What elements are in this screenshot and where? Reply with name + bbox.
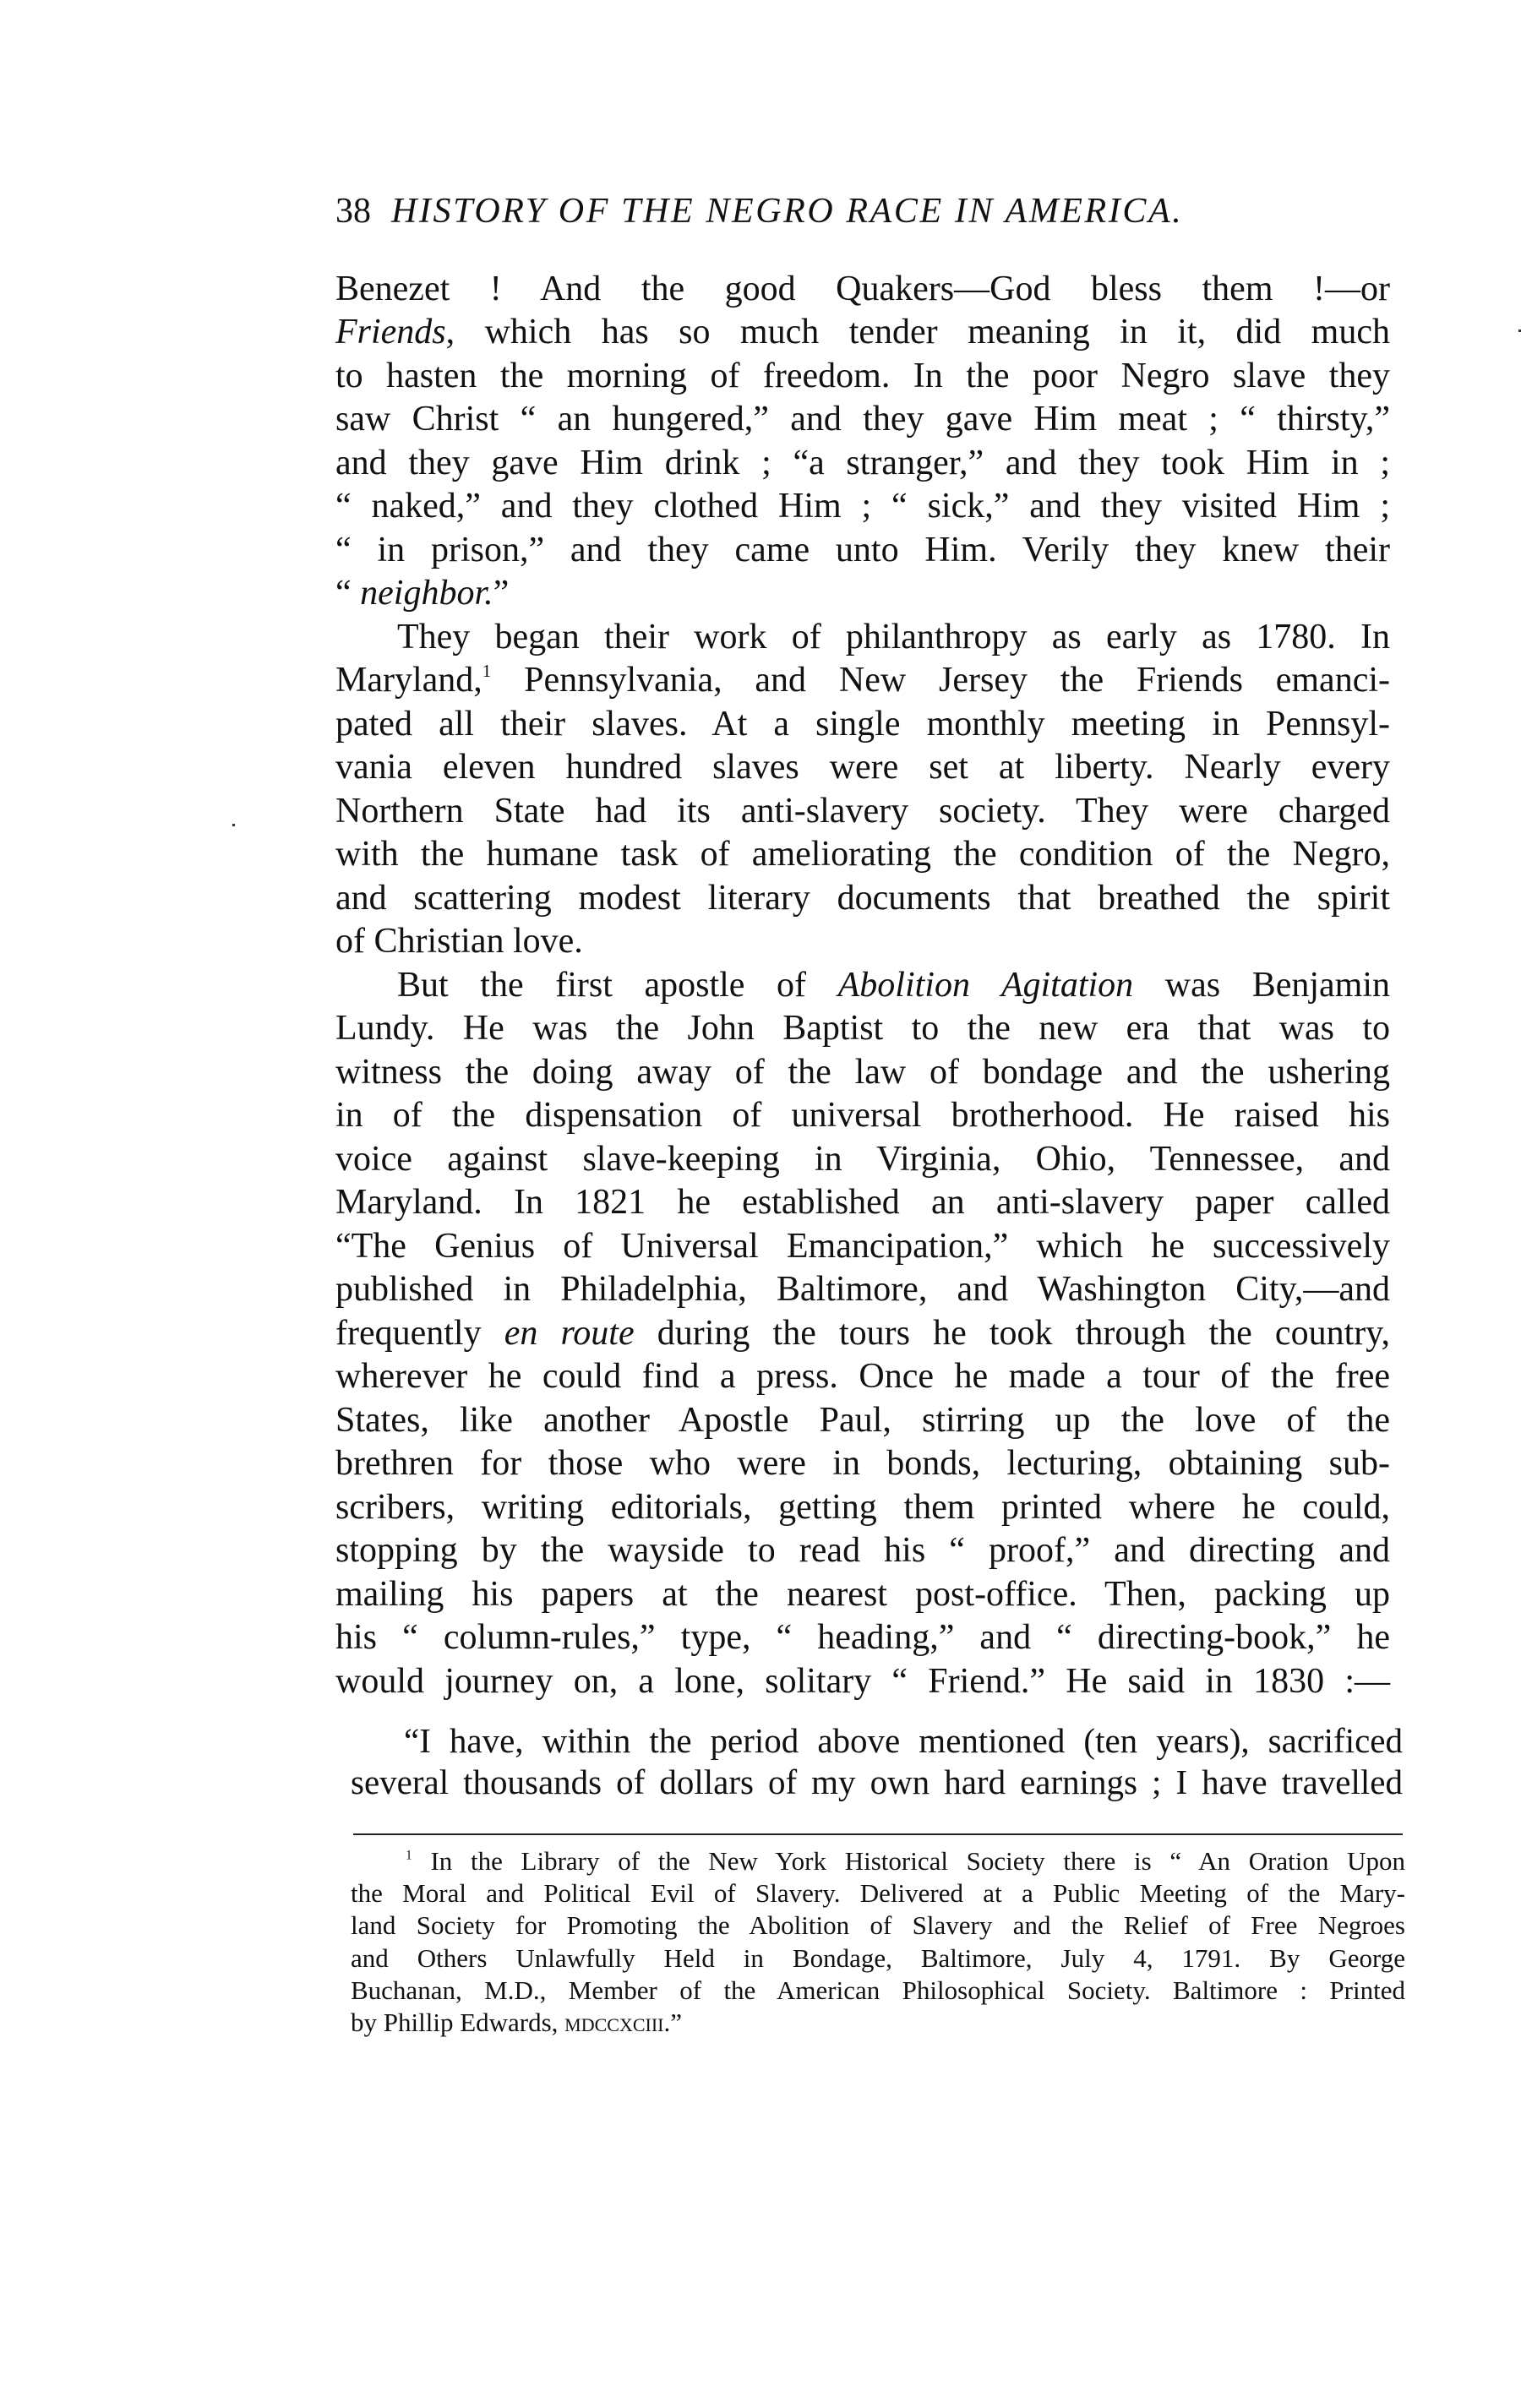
body-line: saw Christ “ an hungered,” and they gave… [335, 397, 1390, 441]
body-line: Maryland,1 Pennsylvania, and New Jersey … [335, 658, 1390, 702]
body-line: brethren for those who were in bonds, le… [335, 1441, 1390, 1485]
quote-line: “I have, within the period above mention… [404, 1719, 1403, 1762]
footnote-line: 1 In the Library of the New York Histori… [406, 1845, 1405, 1877]
footnote-line: land Society for Promoting the Abolition… [351, 1910, 1405, 1942]
running-head: 38HISTORY OF THE NEGRO RACE IN AMERICA. [335, 188, 1316, 235]
body-line: and they gave Him drink ; “a stranger,” … [335, 441, 1390, 485]
body-text-span: , which has so much tender meaning in it… [446, 313, 1390, 351]
body-line: States, like another Apostle Paul, stirr… [335, 1398, 1390, 1442]
italic-term: Abolition Agitation [838, 966, 1134, 1005]
body-line: But the first apostle of Abolition Agita… [397, 963, 1390, 1007]
footnote-marker: 1 [406, 1849, 412, 1863]
footnote-text: In the Library of the New York Historica… [412, 1846, 1405, 1876]
footnote-reference[interactable]: 1 [482, 661, 492, 681]
body-line: his “ column-rules,” type, “ heading,” a… [335, 1615, 1390, 1659]
footnote-line: and Others Unlawfully Held in Bondage, B… [351, 1942, 1405, 1975]
body-line: vania eleven hundred slaves were set at … [335, 745, 1390, 789]
body-text-span: Maryland, [335, 661, 482, 700]
body-line: pated all their slaves. At a single mont… [335, 702, 1390, 746]
close-quote: ” [493, 574, 510, 613]
italic-term: en route [504, 1314, 635, 1353]
quote-line: several thousands of dollars of my own h… [351, 1760, 1403, 1804]
body-line: in of the dispensation of universal brot… [335, 1093, 1390, 1137]
footnote-divider [353, 1833, 1403, 1835]
body-line: “ in prison,” and they came unto Him. Ve… [335, 528, 1390, 572]
footnote-line: the Moral and Political Evil of Slavery.… [351, 1877, 1405, 1910]
running-title: HISTORY OF THE NEGRO RACE IN AMERICA. [391, 192, 1183, 231]
book-page: 38HISTORY OF THE NEGRO RACE IN AMERICA. … [0, 0, 1521, 2408]
body-line: to hasten the morning of freedom. In the… [335, 354, 1390, 398]
body-line: and scattering modest literary documents… [335, 876, 1390, 920]
body-line: “The Genius of Universal Emancipation,” … [335, 1224, 1390, 1268]
body-line: Friends, which has so much tender meanin… [335, 310, 1390, 354]
footnote-line: Buchanan, M.D., Member of the American P… [351, 1975, 1405, 2007]
body-line: Benezet ! And the good Quakers—God bless… [335, 267, 1390, 311]
roman-numeral-date: mdccxciii. [564, 2008, 670, 2037]
body-line: Maryland. In 1821 he established an anti… [335, 1180, 1390, 1224]
body-line: “ neighbor.” [335, 571, 1390, 615]
italic-term: neighbor. [360, 574, 493, 613]
body-line: They began their work of philanthropy as… [397, 615, 1390, 659]
body-line: wherever he could find a press. Once he … [335, 1354, 1390, 1398]
body-line: of Christian love. [335, 919, 1390, 963]
body-line: Northern State had its anti-slavery soci… [335, 789, 1390, 833]
body-line: published in Philadelphia, Baltimore, an… [335, 1267, 1390, 1311]
italic-term: Friends [335, 313, 446, 351]
open-quote: “ [335, 574, 360, 613]
body-text-span: during the tours he took through the cou… [635, 1314, 1390, 1353]
body-text-span: But the first apostle of [397, 966, 838, 1005]
body-text-span: Pennsylvania, and New Jersey the Friends… [491, 661, 1390, 700]
scan-speck [232, 824, 235, 826]
body-line: stopping by the wayside to read his “ pr… [335, 1528, 1390, 1572]
body-line: mailing his papers at the nearest post-o… [335, 1572, 1390, 1616]
body-line: Lundy. He was the John Baptist to the ne… [335, 1006, 1390, 1050]
body-line: would journey on, a lone, solitary “ Fri… [335, 1659, 1390, 1703]
body-line: voice against slave-keeping in Virginia,… [335, 1137, 1390, 1181]
page-number: 38 [335, 188, 391, 235]
body-text-span: was Benjamin [1133, 966, 1390, 1005]
footnote-text: by Phillip Edwards, [351, 2008, 564, 2037]
footnote-line: by Phillip Edwards, mdccxciii.” [351, 2007, 1405, 2039]
body-line: with the humane task of ameliorating the… [335, 832, 1390, 876]
body-line: “ naked,” and they clothed Him ; “ sick,… [335, 484, 1390, 528]
close-quote: ” [670, 2008, 682, 2037]
body-line: witness the doing away of the law of bon… [335, 1050, 1390, 1094]
body-line: scribers, writing editorials, getting th… [335, 1485, 1390, 1529]
body-line: frequently en route during the tours he … [335, 1311, 1390, 1355]
body-text-span: frequently [335, 1314, 504, 1353]
